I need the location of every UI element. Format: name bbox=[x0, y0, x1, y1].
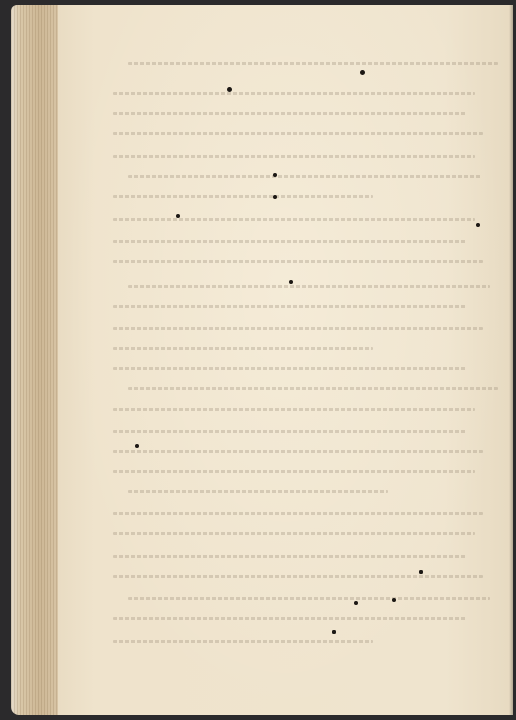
faded-text-line bbox=[113, 92, 475, 95]
faded-text-line bbox=[113, 112, 467, 115]
faded-text-line bbox=[113, 327, 483, 330]
ink-speck bbox=[332, 630, 335, 633]
faded-text-line bbox=[113, 195, 373, 198]
faded-text-line bbox=[113, 305, 467, 308]
faded-text-line bbox=[113, 155, 475, 158]
faded-text-line bbox=[113, 132, 483, 135]
faded-text-line bbox=[113, 240, 467, 243]
page-edge-shadow bbox=[509, 5, 513, 715]
faded-text-line bbox=[113, 555, 467, 558]
ink-speck bbox=[273, 195, 277, 199]
faded-text-line bbox=[128, 285, 490, 288]
faded-text-line bbox=[128, 62, 498, 65]
ink-speck bbox=[227, 87, 232, 92]
stacked-page-edges bbox=[11, 5, 59, 715]
faded-text-line bbox=[113, 408, 475, 411]
ink-speck bbox=[419, 570, 422, 573]
ink-speck bbox=[354, 601, 358, 605]
faded-text-line bbox=[113, 450, 483, 453]
faded-text-line bbox=[113, 532, 475, 535]
faded-text-line bbox=[113, 575, 483, 578]
ink-speck bbox=[289, 280, 293, 284]
faded-text-line bbox=[113, 260, 483, 263]
scanned-page bbox=[0, 0, 516, 720]
faded-text-line bbox=[113, 218, 475, 221]
faded-text-line bbox=[113, 617, 467, 620]
faded-text-line bbox=[113, 640, 373, 643]
faded-text-line bbox=[113, 470, 475, 473]
faded-text-line bbox=[113, 347, 373, 350]
ink-speck bbox=[135, 444, 139, 448]
faded-text-line bbox=[113, 430, 467, 433]
faded-text-line bbox=[128, 387, 498, 390]
ink-speck bbox=[476, 223, 480, 227]
ink-speck bbox=[360, 70, 365, 75]
faded-text-line bbox=[128, 490, 388, 493]
faded-text-line bbox=[128, 597, 490, 600]
faded-text-line bbox=[128, 175, 482, 178]
faded-text-line bbox=[113, 512, 483, 515]
faded-text-line bbox=[113, 367, 467, 370]
typewritten-page bbox=[58, 5, 513, 715]
ink-speck bbox=[392, 598, 397, 603]
